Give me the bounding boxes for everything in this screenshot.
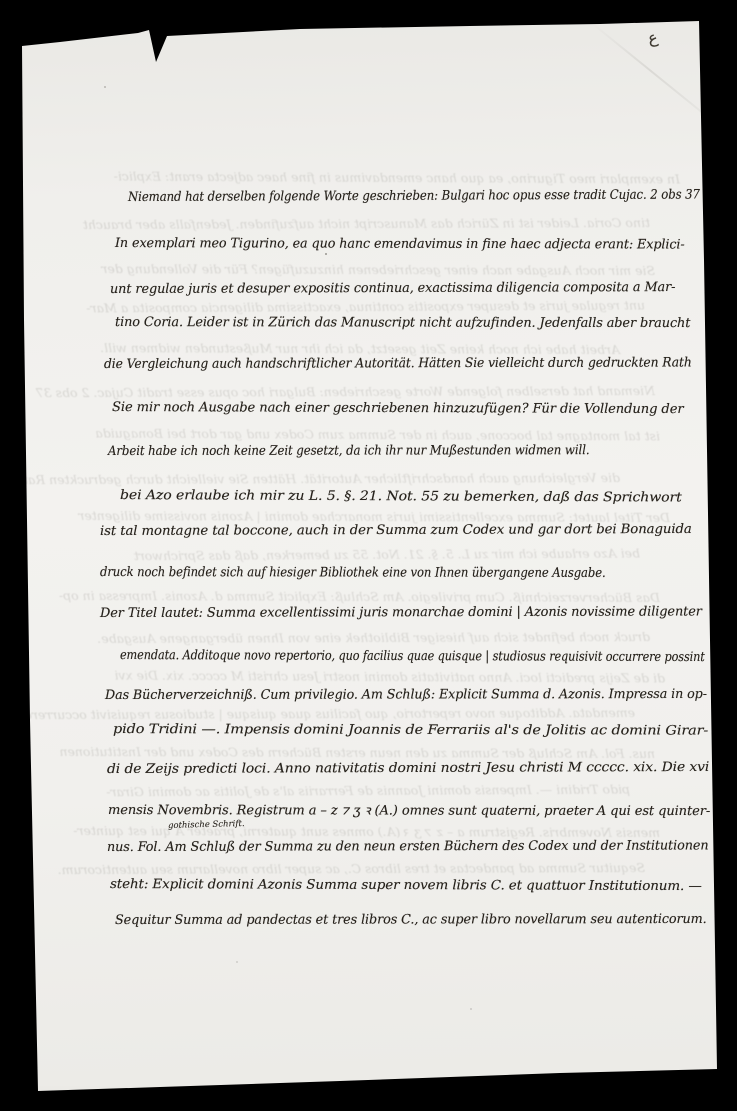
bleedthrough-line: Sie mir noch Ausgabe nach einer geschrie… (95, 261, 655, 278)
bleedthrough-line: di de Zeijs predicti loci. Anno nativita… (105, 668, 665, 686)
manuscript-line: Sie mir noch Ausgabe nach einer geschrie… (112, 400, 684, 417)
page-corner-mark: ع (646, 27, 659, 47)
bleedthrough-line: pido Tridini —. Impensis domini Joannis … (70, 782, 630, 800)
bleedthrough-line: ist tal montagne tal boccone, auch in de… (100, 426, 660, 444)
paper-speck (325, 253, 327, 255)
scanned-manuscript-page: ع In exemplari meo Tigurino, ea quo hanc… (0, 0, 737, 1111)
paper-speck (104, 86, 106, 88)
manuscript-line: mensis Novembris. Registrum a – z ⁊ ʒ ꝛ … (108, 800, 710, 819)
manuscript-line: Arbeit habe ich noch keine Zeit gesetzt,… (108, 443, 590, 459)
manuscript-line: ist tal montagne tal boccone, auch in de… (100, 522, 692, 539)
bleedthrough-line: druck noch befindet sich auf hiesiger Bi… (90, 629, 650, 646)
paper-speck (470, 1008, 472, 1010)
paper-sheet: ع In exemplari meo Tigurino, ea quo hanc… (0, 0, 737, 1111)
bleedthrough-line: Sequitur Summa ad pandectas et tres libr… (85, 860, 645, 877)
bleedthrough-line: emendata. Additoque novo repertorio, quo… (75, 705, 635, 722)
manuscript-line: emendata. Additoque novo repertorio, quo… (120, 648, 705, 665)
manuscript-line: tino Coria. Leider ist in Zürich das Man… (115, 315, 690, 331)
bleedthrough-line: nus. Fol. Am Schluß der Summa zu den neu… (95, 744, 655, 761)
bleedthrough-line: Arbeit habe ich noch keine Zeit gesetzt,… (60, 340, 620, 357)
bleedthrough-line: Das Bücherverzeichniß. Cum privilegio. A… (100, 588, 660, 605)
manuscript-line: di de Zeijs predicti loci. Anno nativita… (107, 760, 709, 777)
manuscript-line: steht: Explicit domini Azonis Summa supe… (110, 877, 702, 894)
manuscript-line: bei Azo erlaube ich mir zu L. 5. §. 21. … (120, 488, 682, 505)
bleedthrough-line: Niemand hat derselben folgende Worte ges… (95, 383, 655, 400)
manuscript-line: die Vergleichung auch handschriftlicher … (104, 355, 692, 372)
paper-speck (236, 961, 238, 963)
manuscript-line: pido Tridini —. Impensis domini Joannis … (113, 722, 708, 739)
bleedthrough-line: In exemplari meo Tigurino, ea quo hanc e… (120, 169, 680, 187)
bleedthrough-line: die Vergleichung auch handschriftlicher … (60, 470, 620, 487)
manuscript-line: Das Bücherverzeichniß. Cum privilegio. A… (105, 687, 707, 703)
interlinear-note: gothische Schrift. (168, 819, 245, 831)
bleedthrough-line: bei Azo erlaube ich mir zu L. 5. §. 21. … (80, 546, 640, 564)
bleedthrough-line: unt regulae juris et desuper expositis c… (85, 298, 645, 316)
manuscript-line: In exemplari meo Tigurino, ea quo hanc e… (115, 236, 685, 252)
manuscript-line: unt regulae juris et desuper expositis c… (110, 280, 675, 297)
manuscript-line: Der Titel lautet: Summa excellentissimi … (100, 604, 702, 621)
manuscript-line: Sequitur Summa ad pandectas et tres libr… (115, 912, 707, 928)
manuscript-line: Niemand hat derselben folgende Worte ges… (128, 188, 700, 205)
manuscript-line: druck noch befindet sich auf hiesiger Bi… (100, 565, 606, 581)
bleedthrough-line: tino Coria. Leider ist in Zürich das Man… (90, 215, 650, 232)
manuscript-line: nus. Fol. Am Schluß der Summa zu den neu… (107, 838, 709, 855)
